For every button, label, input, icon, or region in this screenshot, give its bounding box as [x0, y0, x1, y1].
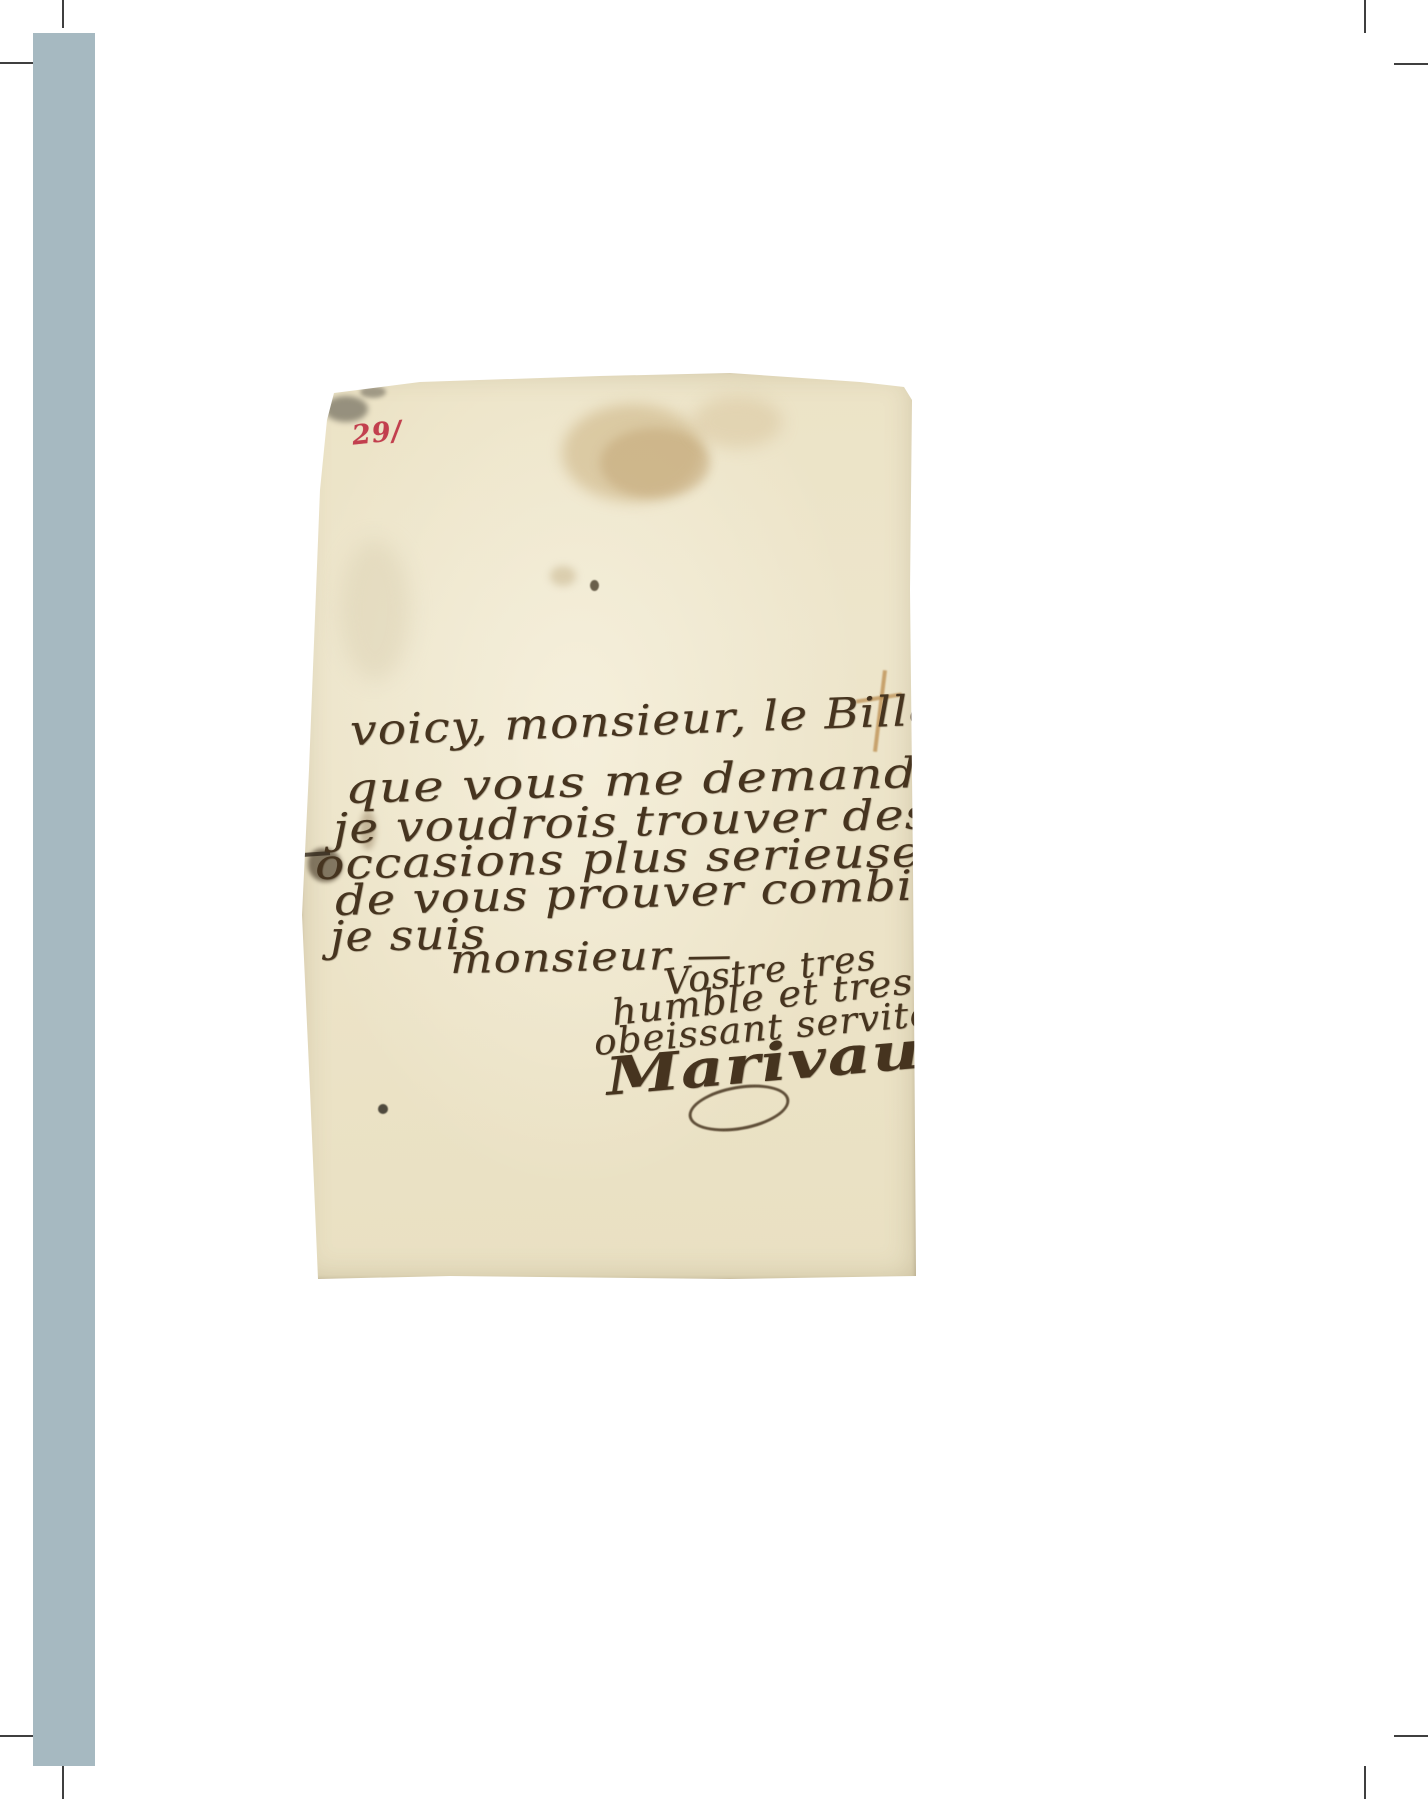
- crop-mark-top-left-vertical: [62, 0, 64, 28]
- book-page: 29/ voicy, monsieur, le Billet que vous …: [0, 0, 1428, 1799]
- folio-number: 29/: [351, 417, 404, 449]
- paper-stain: [600, 428, 710, 498]
- crop-mark-bottom-right-horizontal: [1394, 1735, 1428, 1737]
- crop-mark-top-left-horizontal: [0, 62, 34, 64]
- crop-mark-bottom-left-horizontal: [0, 1735, 34, 1737]
- manuscript-letter-photo: 29/ voicy, monsieur, le Billet que vous …: [300, 370, 916, 1280]
- paper-stain: [692, 396, 782, 448]
- ink-speck: [428, 374, 436, 381]
- margin-accent-bar: [33, 33, 95, 1766]
- paper-stain: [550, 566, 576, 586]
- crop-mark-bottom-left-vertical: [62, 1766, 64, 1799]
- crop-mark-top-right-horizontal: [1394, 63, 1428, 65]
- ink-smudge: [360, 386, 386, 398]
- paper-stain: [340, 540, 410, 680]
- handwriting-line: voicy, monsieur, le Billet: [349, 689, 958, 752]
- crop-mark-bottom-right-vertical: [1364, 1766, 1366, 1799]
- crop-mark-top-right-vertical: [1364, 0, 1366, 33]
- ink-speck: [378, 1104, 388, 1114]
- paper-stain: [562, 404, 704, 502]
- ink-speck: [590, 580, 599, 591]
- ink-smudge: [324, 396, 368, 422]
